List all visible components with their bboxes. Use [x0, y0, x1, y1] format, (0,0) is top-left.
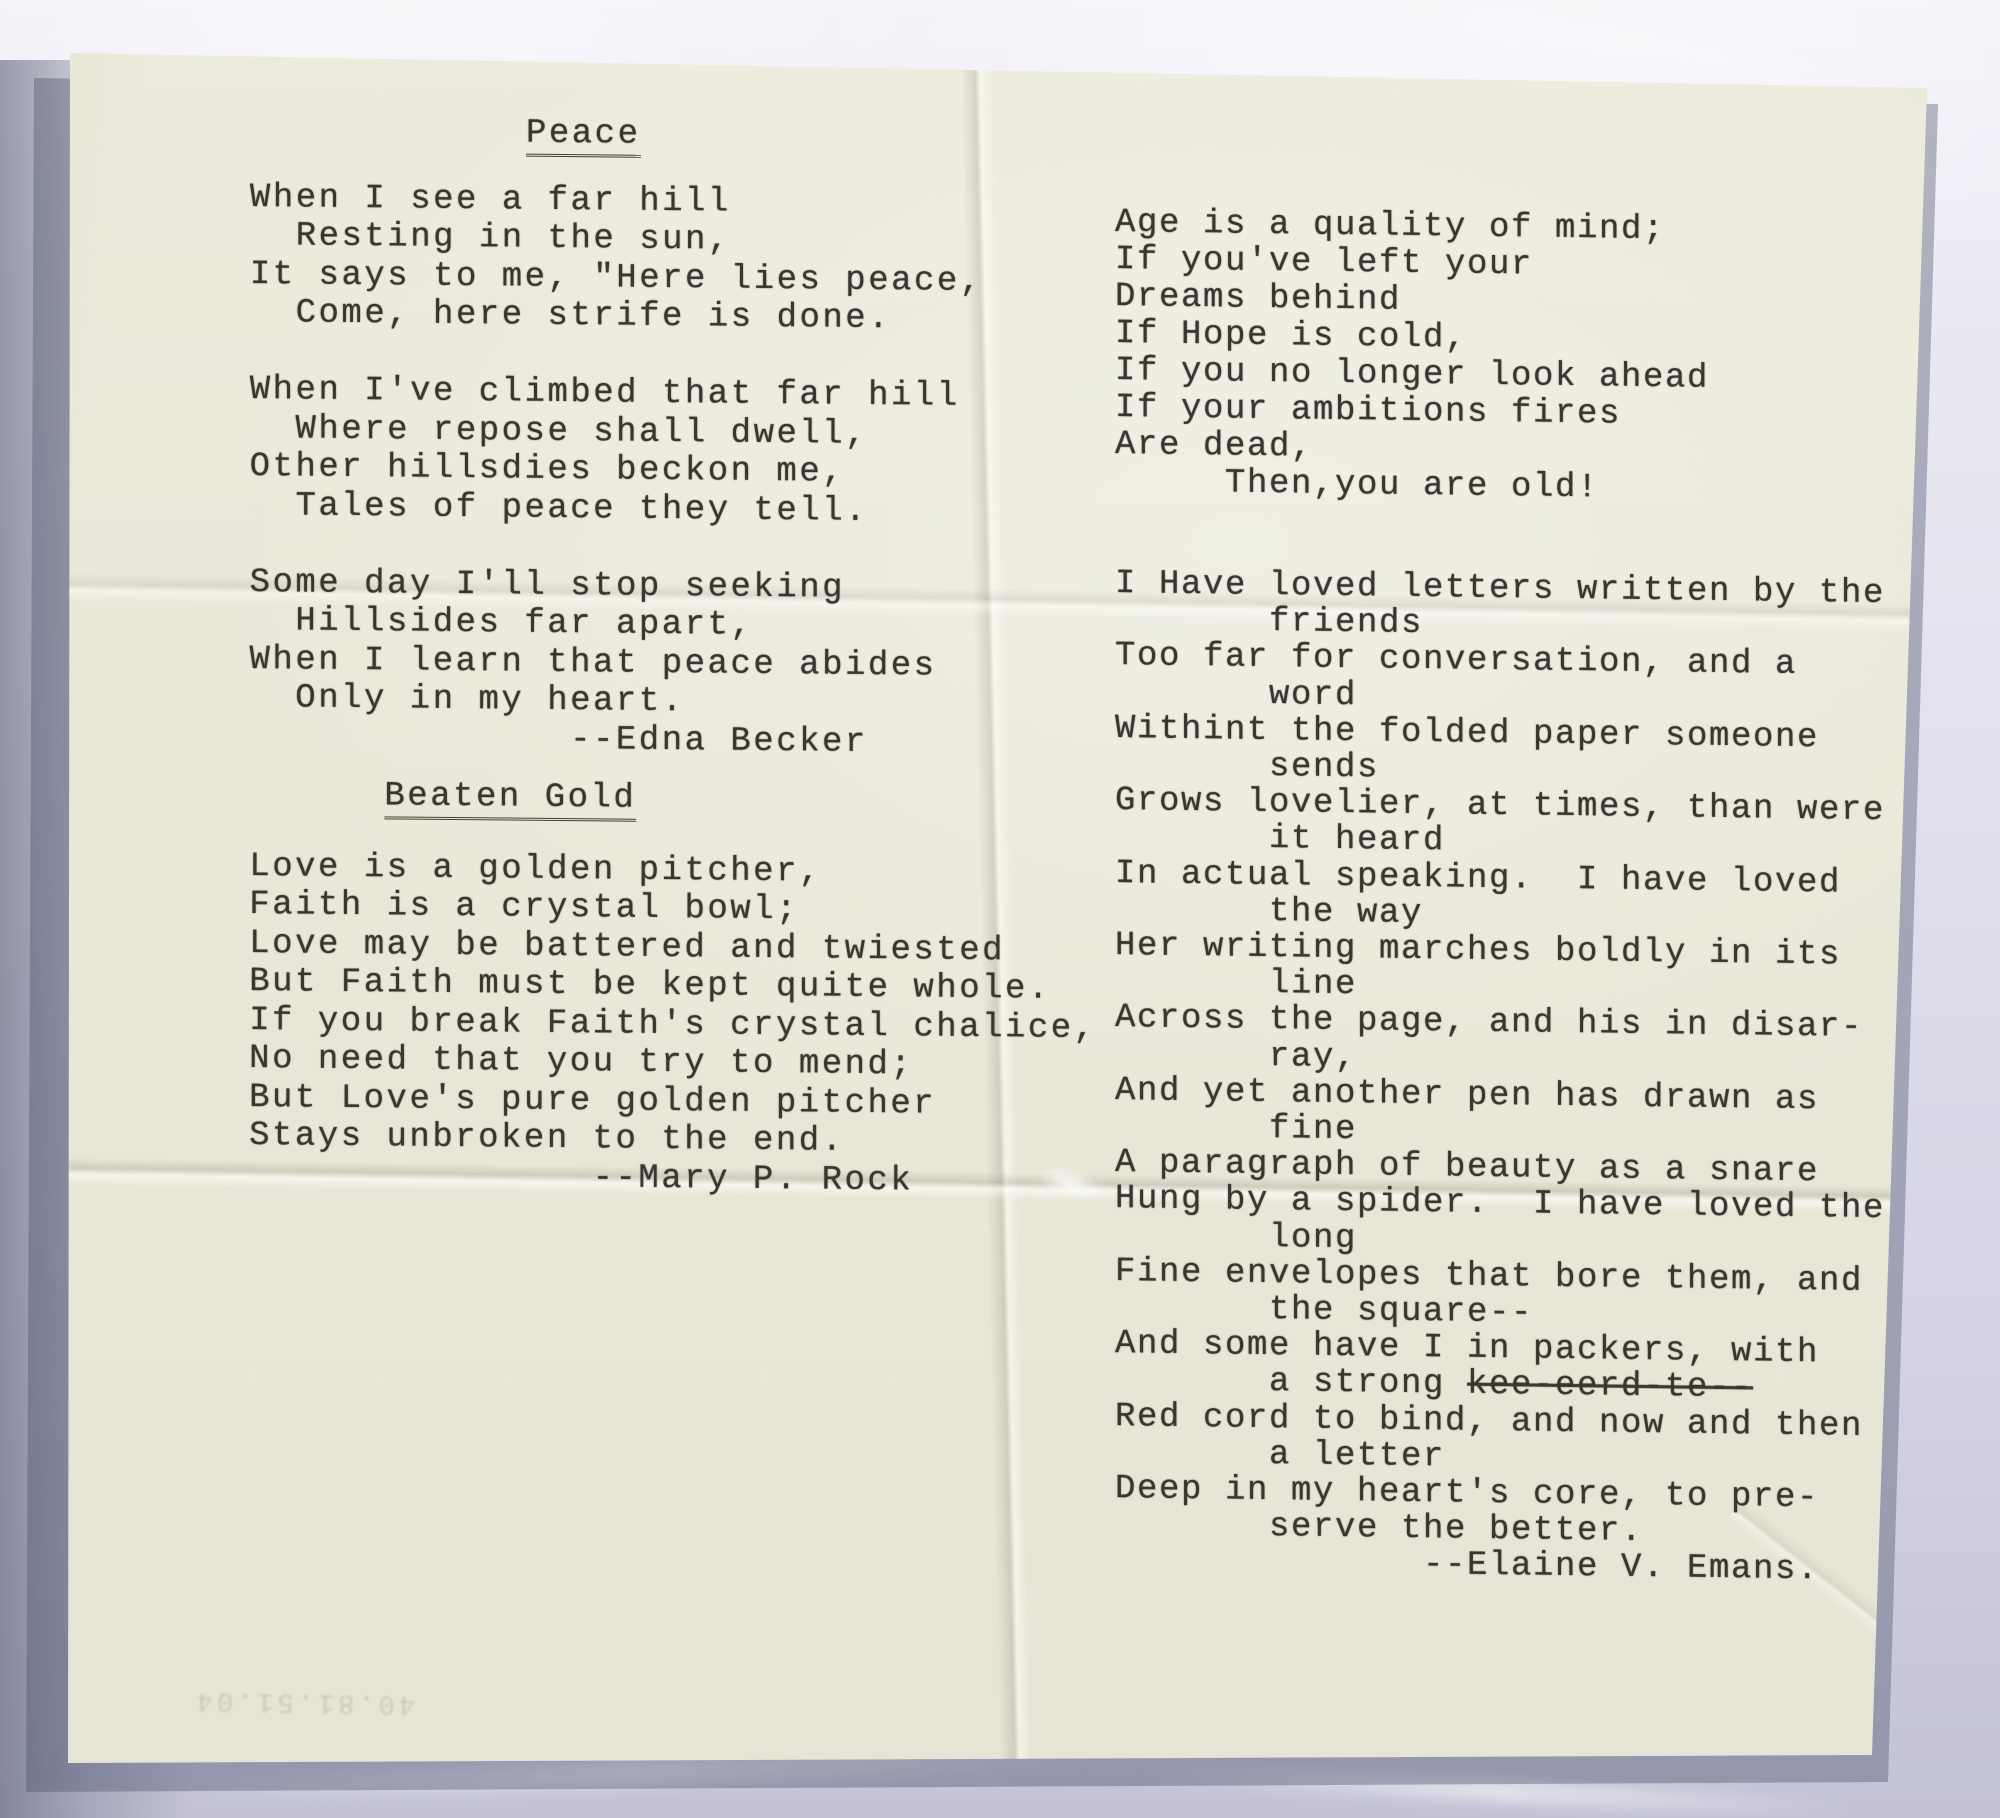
poem-line: --Edna Becker: [249, 718, 1096, 765]
line-segment: a strong: [1115, 1362, 1467, 1405]
photo-stage: PeaceWhen I see a far hill Resting in th…: [0, 0, 2000, 1818]
poem-title-text: Beaten Gold: [384, 777, 636, 821]
poem-line: Then,you are old!: [1115, 464, 1709, 509]
right-text-column-top: Age is a quality of mind;If you've left …: [1115, 205, 1709, 509]
poem-line: Come, here strife is done.: [250, 294, 1097, 341]
poem-title-text: Peace: [526, 115, 641, 158]
poem-line: Tales of peace they tell.: [250, 487, 1097, 534]
poem-title-peace: Peace: [526, 115, 1097, 159]
paper-sheet: PeaceWhen I see a far hill Resting in th…: [0, 0, 2000, 1818]
faint-pencil-inscription: 40.81.51.04: [165, 1684, 415, 1718]
poem-line: --Elaine V. Emans.: [1115, 1544, 1885, 1590]
poem-line: --Mary P. Rock: [249, 1156, 1096, 1203]
left-text-column: PeaceWhen I see a far hill Resting in th…: [249, 112, 1097, 1202]
right-text-column-bottom: I Have loved letters written by the frie…: [1115, 566, 1885, 1590]
struck-out-text: kee-eerd-te--: [1467, 1366, 1753, 1408]
poem-title-beaten-gold: Beaten Gold: [384, 777, 1096, 822]
